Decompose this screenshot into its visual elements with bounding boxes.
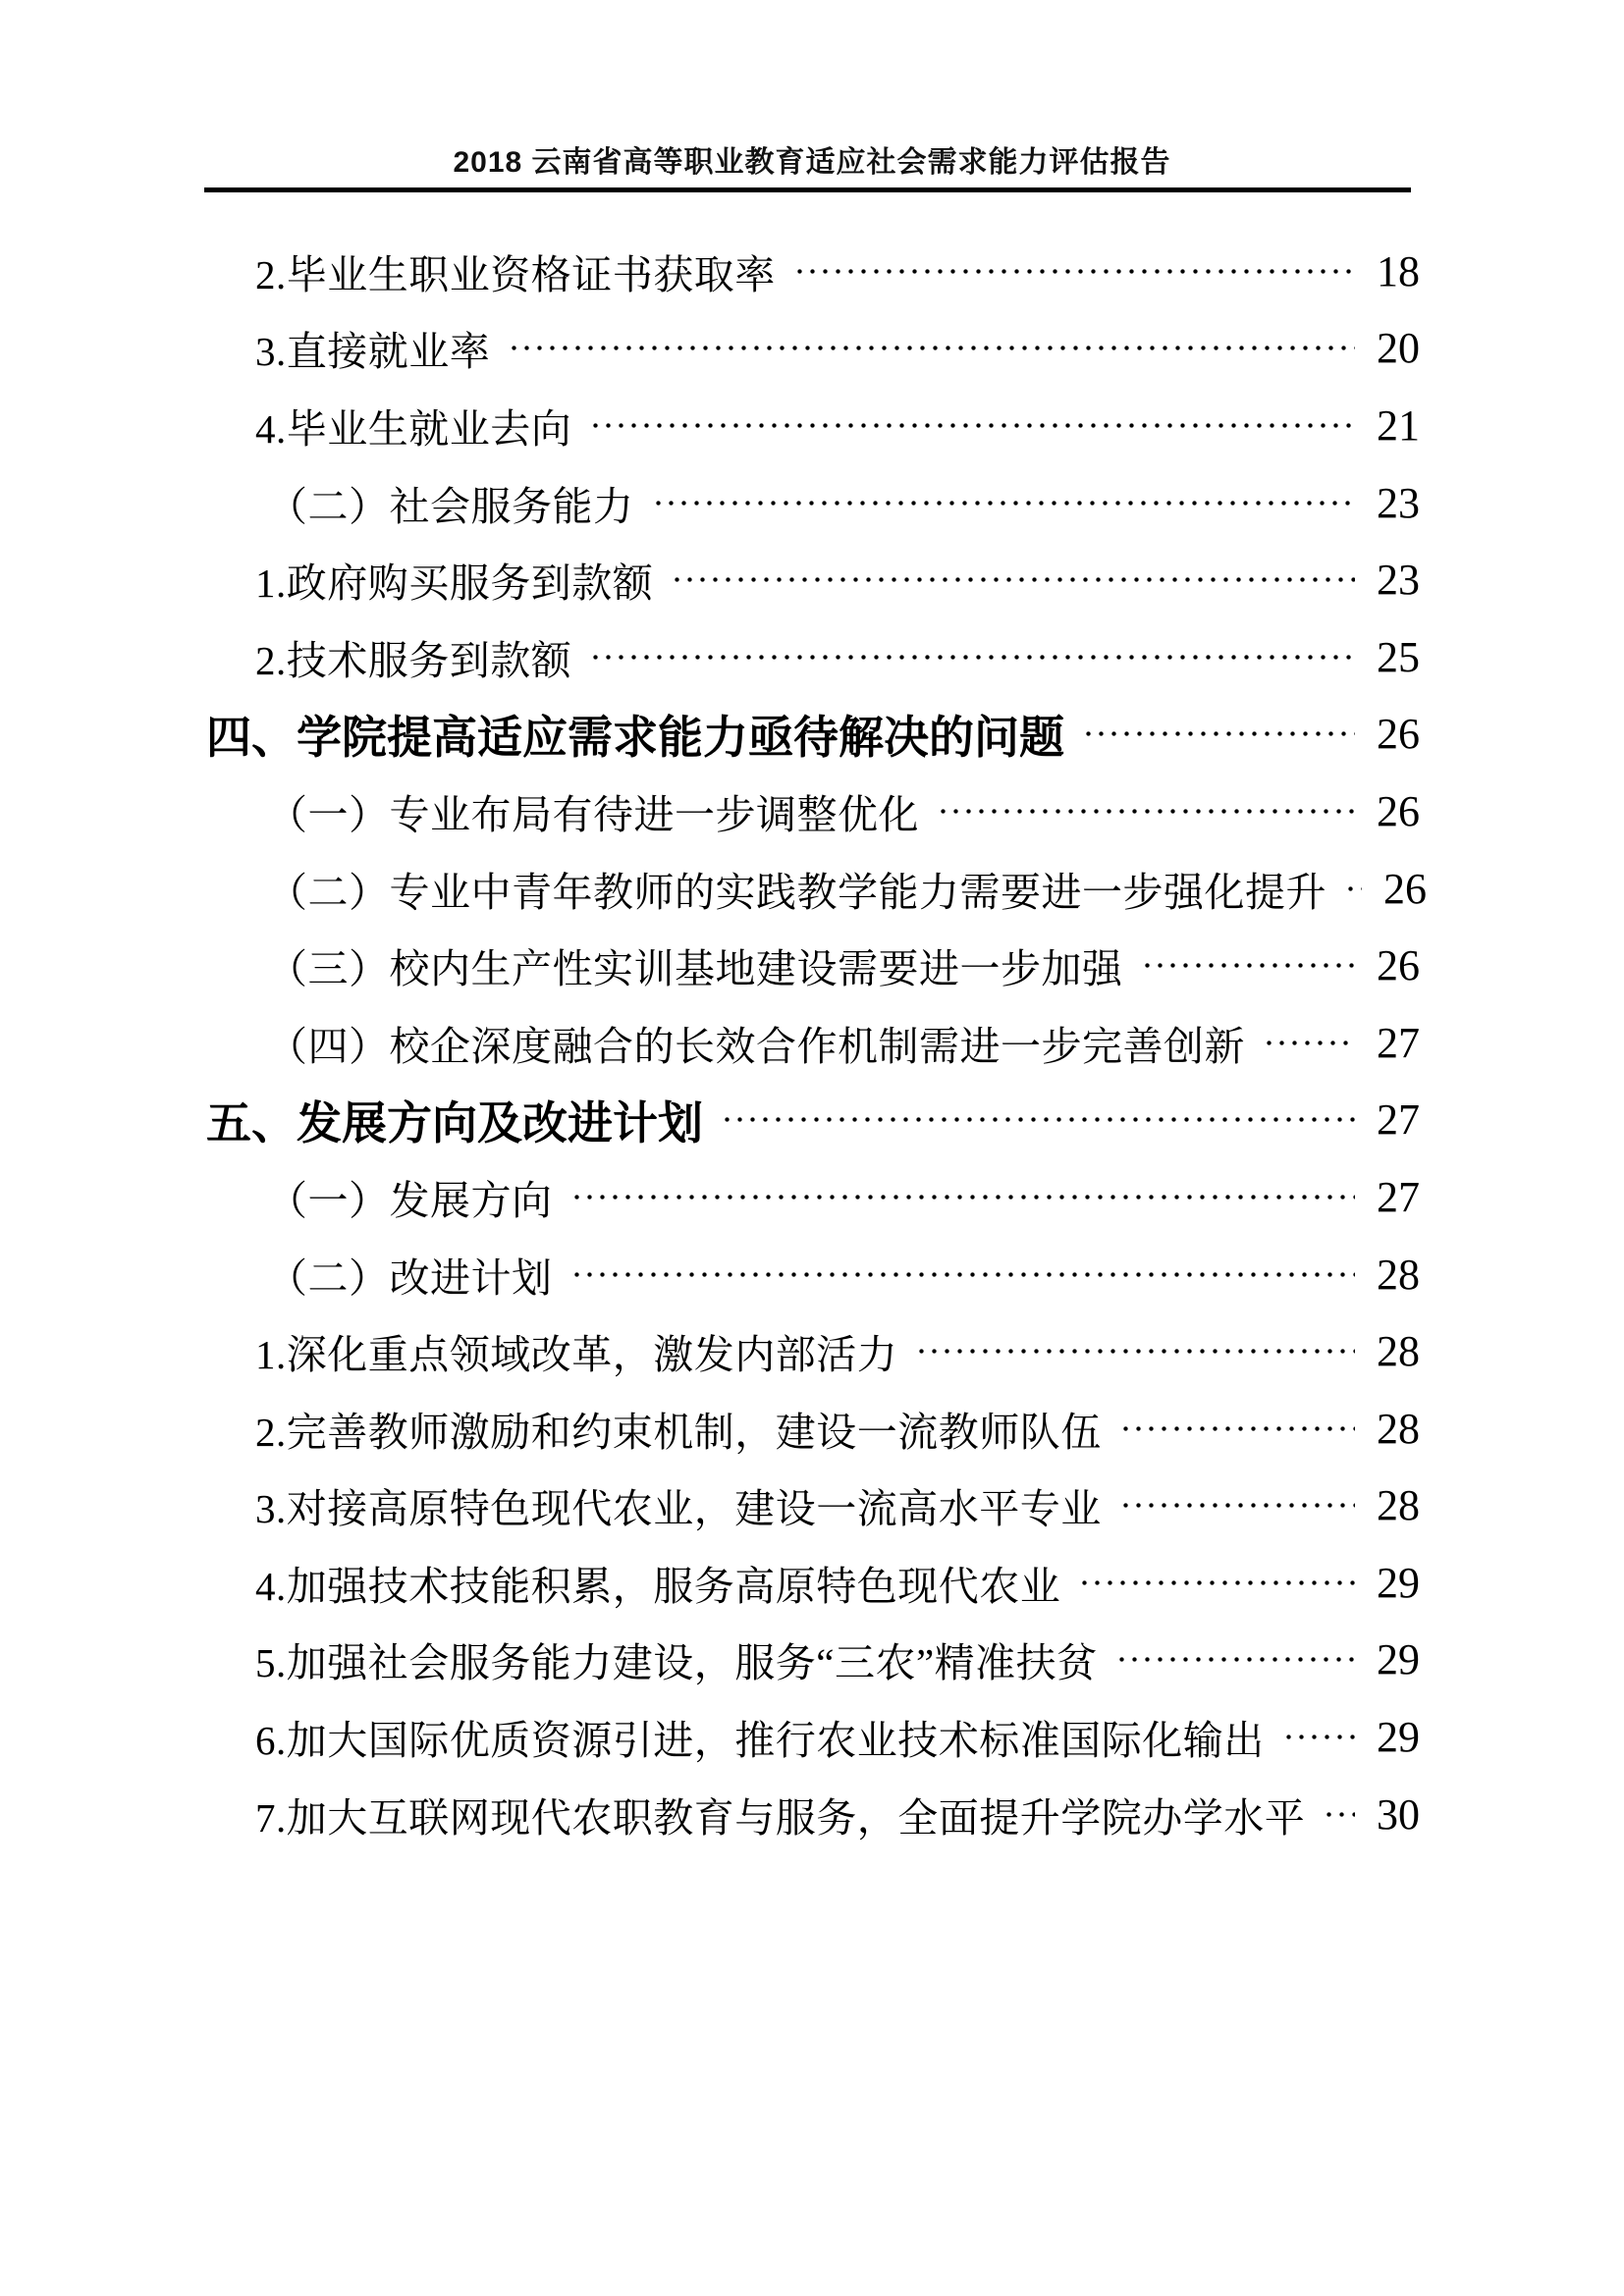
toc-entry-label: 1.深化重点领域改革，激发内部活力: [255, 1322, 897, 1380]
toc-entry[interactable]: 四、学院提高适应需求能力亟待解决的问题 26: [204, 696, 1420, 774]
toc-leader-dots: [1141, 955, 1356, 977]
toc-leader-dots: [1323, 1803, 1355, 1825]
toc-entry[interactable]: 5.加强社会服务能力建设，服务“三农”精准扶贫 29: [204, 1622, 1420, 1699]
toc-entry-label: 3.直接就业率: [255, 319, 490, 377]
toc-entry-label: （二）社会服务能力: [267, 474, 634, 532]
page-header-title: 2018 云南省高等职业教育适应社会需求能力评估报告: [0, 145, 1624, 181]
toc-leader-dots: [1344, 878, 1362, 899]
toc-entry[interactable]: 1.政府购买服务到款额 23: [204, 541, 1420, 618]
toc-entry-page: 28: [1365, 1250, 1420, 1300]
toc-entry-label: 4.加强技术技能积累，服务高原特色现代农业: [255, 1554, 1060, 1612]
toc-leader-dots: [570, 1186, 1356, 1207]
toc-leader-dots: [671, 569, 1355, 591]
toc-entry-label: 7.加大互联网现代农职教育与服务，全面提升学院办学水平: [255, 1786, 1305, 1843]
toc-entry-label: 2.毕业生职业资格证书获取率: [255, 242, 776, 300]
toc-entry-page: 28: [1365, 1326, 1420, 1376]
toc-entry-page: 29: [1365, 1634, 1420, 1684]
toc-leader-dots: [1282, 1727, 1355, 1748]
toc-entry-page: 23: [1365, 555, 1420, 605]
toc-entry-page: 29: [1365, 1558, 1420, 1608]
toc-entry-page: 26: [1365, 786, 1420, 836]
toc-entry-page: 21: [1365, 400, 1420, 451]
toc-entry[interactable]: （三）校内生产性实训基地建设需要进一步加强 26: [204, 927, 1420, 1004]
toc-entry-label: 4.毕业生就业去向: [255, 397, 571, 454]
toc-entry-page: 30: [1365, 1789, 1420, 1840]
toc-leader-dots: [570, 1263, 1356, 1285]
toc-entry[interactable]: 4.毕业生就业去向 21: [204, 387, 1420, 464]
toc-entry-label: 五、发展方向及改进计划: [206, 1088, 703, 1152]
toc-entry-page: 26: [1372, 864, 1427, 914]
toc-leader-dots: [652, 492, 1356, 513]
toc-leader-dots: [1082, 723, 1355, 745]
toc-entry[interactable]: （二）社会服务能力 23: [204, 464, 1420, 542]
toc-entry-page: 26: [1365, 709, 1420, 759]
toc-entry-page: 28: [1365, 1404, 1420, 1454]
toc-entry-page: 27: [1365, 1172, 1420, 1222]
toc-leader-dots: [589, 646, 1355, 667]
toc-entry-label: 3.对接高原特色现代农业，建设一流高水平专业: [255, 1476, 1102, 1534]
toc-leader-dots: [1263, 1032, 1355, 1053]
toc-entry-page: 27: [1365, 1095, 1420, 1145]
toc-entry[interactable]: 6.加大国际优质资源引进，推行农业技术标准国际化输出 29: [204, 1698, 1420, 1776]
toc-entry-label: 5.加强社会服务能力建设，服务“三农”精准扶贫: [255, 1630, 1098, 1688]
toc-entry-label: 2.技术服务到款额: [255, 628, 571, 686]
toc-entry[interactable]: 4.加强技术技能积累，服务高原特色现代农业 29: [204, 1544, 1420, 1622]
toc-entry-label: （一）专业布局有待进一步调整优化: [267, 782, 919, 840]
toc-entry-page: 27: [1365, 1018, 1420, 1068]
toc-leader-dots: [937, 800, 1355, 822]
toc-leader-dots: [589, 414, 1355, 436]
toc-entry-page: 23: [1365, 478, 1420, 528]
toc-entry[interactable]: 五、发展方向及改进计划 27: [204, 1082, 1420, 1159]
toc-entry[interactable]: 3.对接高原特色现代农业，建设一流高水平专业 28: [204, 1468, 1420, 1545]
toc-entry-page: 29: [1365, 1712, 1420, 1762]
toc-entry-page: 28: [1365, 1480, 1420, 1530]
toc-leader-dots: [721, 1109, 1355, 1131]
toc-leader-dots: [1078, 1572, 1355, 1593]
toc-entry[interactable]: （二）改进计划 28: [204, 1236, 1420, 1313]
toc-entry-label: （二）改进计划: [267, 1246, 553, 1304]
toc-entry[interactable]: （二）专业中青年教师的实践教学能力需要进一步强化提升 26: [204, 850, 1420, 928]
toc-entry[interactable]: 2.完善教师激励和约束机制，建设一流教师队伍 28: [204, 1390, 1420, 1468]
toc-entry[interactable]: 7.加大互联网现代农职教育与服务，全面提升学院办学水平 30: [204, 1776, 1420, 1853]
toc-entry-label: （四）校企深度融合的长效合作机制需进一步完善创新: [267, 1014, 1245, 1072]
toc-entry[interactable]: （一）专业布局有待进一步调整优化 26: [204, 773, 1420, 850]
toc-leader-dots: [508, 338, 1355, 359]
toc-entry[interactable]: 2.技术服务到款额 25: [204, 618, 1420, 696]
toc-entry-label: （二）专业中青年教师的实践教学能力需要进一步强化提升: [267, 860, 1326, 918]
document-page: 2018 云南省高等职业教育适应社会需求能力评估报告 2.毕业生职业资格证书获取…: [0, 0, 1624, 2296]
toc-entry[interactable]: （一）发展方向 27: [204, 1158, 1420, 1236]
toc-entry-label: 2.完善教师激励和约束机制，建设一流教师队伍: [255, 1400, 1102, 1458]
toc-entry[interactable]: 3.直接就业率 20: [204, 310, 1420, 388]
toc-entry-label: 1.政府购买服务到款额: [255, 551, 653, 609]
toc-leader-dots: [793, 260, 1355, 282]
toc-leader-dots: [1119, 1417, 1355, 1439]
toc-entry-page: 26: [1365, 940, 1420, 990]
table-of-contents: 2.毕业生职业资格证书获取率 18 3.直接就业率 20 4.毕业生就业去向 2…: [204, 233, 1420, 1852]
header-rule-divider: [204, 187, 1411, 192]
toc-entry-label: 四、学院提高适应需求能力亟待解决的问题: [206, 702, 1064, 767]
toc-leader-dots: [915, 1341, 1355, 1362]
toc-leader-dots: [1119, 1495, 1355, 1517]
toc-entry-label: 6.加大国际优质资源引进，推行农业技术标准国际化输出: [255, 1708, 1265, 1766]
toc-entry[interactable]: （四）校企深度融合的长效合作机制需进一步完善创新 27: [204, 1004, 1420, 1082]
toc-entry-page: 25: [1365, 632, 1420, 682]
toc-entry[interactable]: 1.深化重点领域改革，激发内部活力 28: [204, 1312, 1420, 1390]
toc-entry-page: 20: [1365, 323, 1420, 373]
toc-entry[interactable]: 2.毕业生职业资格证书获取率 18: [204, 233, 1420, 310]
toc-entry-page: 18: [1365, 246, 1420, 296]
toc-leader-dots: [1115, 1649, 1355, 1671]
toc-entry-label: （三）校内生产性实训基地建设需要进一步加强: [267, 936, 1123, 994]
toc-entry-label: （一）发展方向: [267, 1168, 553, 1226]
